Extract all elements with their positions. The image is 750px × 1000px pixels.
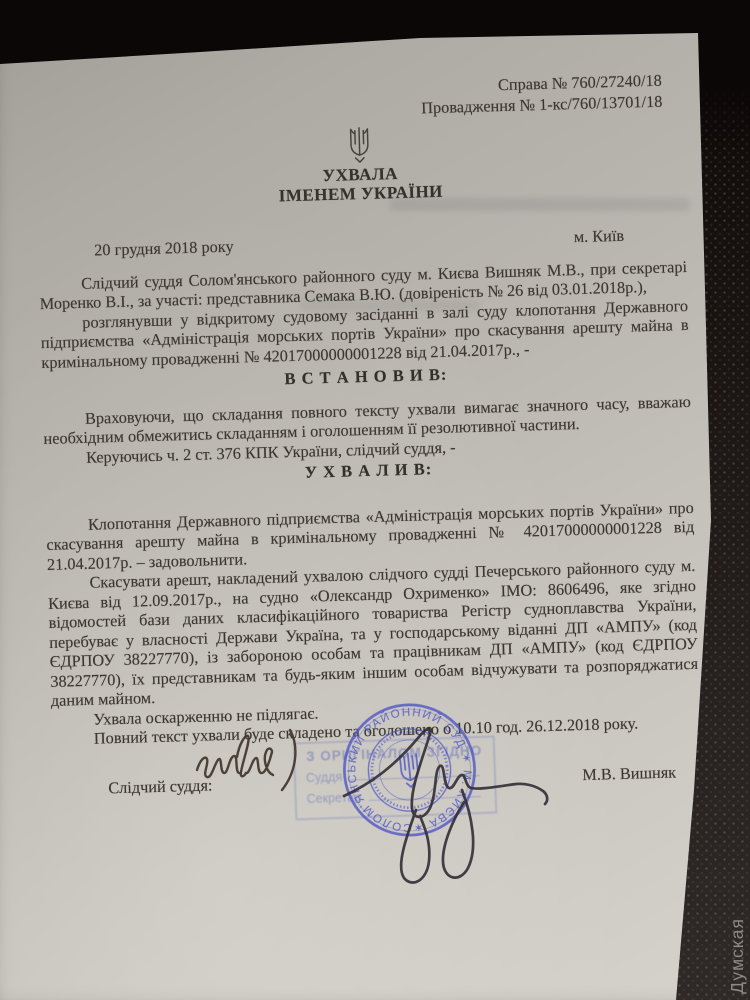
ukraine-trident-icon (345, 126, 374, 164)
paragraph-ruling-details: Скасувати арешт, накладений ухвалою слід… (47, 556, 699, 711)
place-date-row: 20 грудня 2018 року м. Київ (38, 224, 686, 262)
stamp-overlapping-signature (328, 698, 566, 896)
judge-name: М.В. Вишняк (582, 761, 701, 784)
photo-watermark: Думская (727, 918, 748, 994)
ruling-city: м. Київ (574, 224, 687, 247)
ruling-text-layer: Справа № 760/27240/18 Провадження № 1-кс… (32, 0, 702, 799)
photo-of-court-ruling: Справа № 760/27240/18 Провадження № 1-кс… (0, 0, 750, 1000)
judge-signature (190, 723, 308, 797)
ruling-date: 20 грудня 2018 року (38, 237, 234, 262)
